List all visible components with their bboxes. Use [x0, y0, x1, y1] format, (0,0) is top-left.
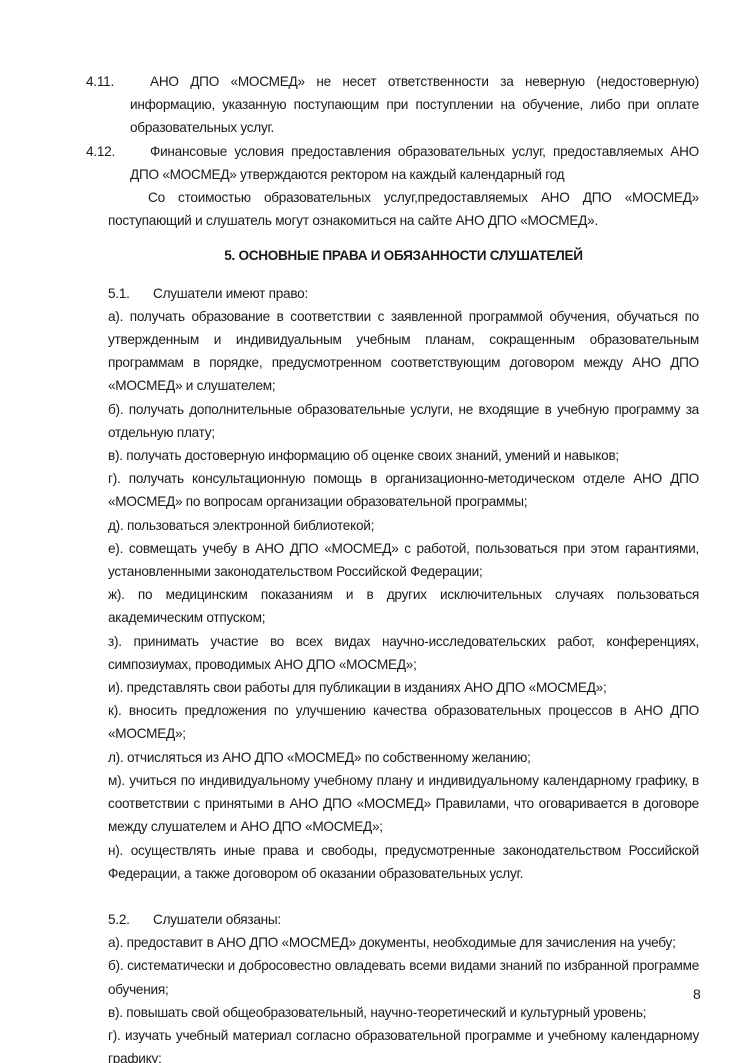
list-item: ж). по медицинским показаниям и в других… — [108, 583, 699, 629]
clause-number: 4.11. — [108, 70, 150, 93]
subsection-number: 5.2. — [108, 908, 153, 931]
list-item: з). принимать участие во всех видах науч… — [108, 630, 699, 676]
clause-number: 4.12. — [108, 140, 150, 163]
clause-4-12: 4.12.Финансовые условия предоставления о… — [108, 140, 699, 186]
list-item: л). отчисляться из АНО ДПО «МОСМЕД» по с… — [108, 746, 699, 769]
list-item: б). получать дополнительные образователь… — [108, 398, 699, 444]
list-item: б). систематически и добросовестно овлад… — [108, 954, 699, 1000]
clause-text: АНО ДПО «МОСМЕД» не несет ответственност… — [130, 74, 699, 135]
rights-list: а). получать образование в соответствии … — [108, 305, 699, 885]
list-item: г). получать консультационную помощь в о… — [108, 467, 699, 513]
list-item: е). совмещать учебу в АНО ДПО «МОСМЕД» с… — [108, 537, 699, 583]
subsection-5-1: 5.1.Слушатели имеют право: — [108, 282, 699, 305]
list-item: н). осуществлять иные права и свободы, п… — [108, 839, 699, 885]
clause-4-11: 4.11.АНО ДПО «МОСМЕД» не несет ответстве… — [108, 70, 699, 140]
list-item: д). пользоваться электронной библиотекой… — [108, 514, 699, 537]
subsection-number: 5.1. — [108, 282, 153, 305]
cost-note: Со стоимостью образовательных услуг,пред… — [108, 186, 699, 232]
clause-text: Финансовые условия предоставления образо… — [130, 144, 699, 182]
list-item: м). учиться по индивидуальному учебному … — [108, 769, 699, 839]
subsection-5-2: 5.2.Слушатели обязаны: — [108, 908, 699, 931]
list-item: и). представлять свои работы для публика… — [108, 676, 699, 699]
duties-list: а). предоставит в АНО ДПО «МОСМЕД» докум… — [108, 931, 699, 1063]
list-item: к). вносить предложения по улучшению кач… — [108, 699, 699, 745]
document-page: 4.11.АНО ДПО «МОСМЕД» не несет ответстве… — [108, 70, 699, 1063]
subsection-title: Слушатели имеют право: — [153, 286, 308, 301]
list-item: в). получать достоверную информацию об о… — [108, 444, 699, 467]
list-item: г). изучать учебный материал согласно об… — [108, 1024, 699, 1063]
subsection-title: Слушатели обязаны: — [153, 912, 281, 927]
section-heading: 5. ОСНОВНЫЕ ПРАВА И ОБЯЗАННОСТИ СЛУШАТЕЛ… — [108, 244, 699, 267]
list-item: а). получать образование в соответствии … — [108, 305, 699, 398]
list-item: а). предоставит в АНО ДПО «МОСМЕД» докум… — [108, 931, 699, 954]
page-number: 8 — [693, 986, 701, 1002]
list-item: в). повышать свой общеобразовательный, н… — [108, 1001, 699, 1024]
